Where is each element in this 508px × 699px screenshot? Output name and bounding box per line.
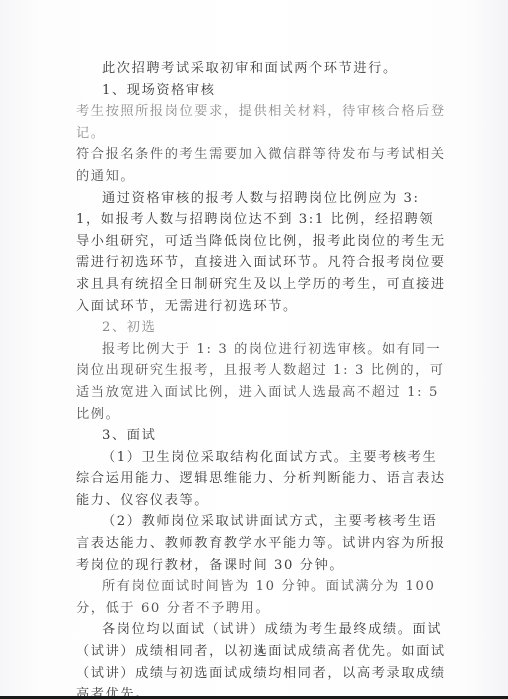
paragraph-teacher-interview: （2）教师岗位采取试讲面试方式，主要考核考生语言表达能力、教师教育教学水平能力等… xyxy=(76,511,448,576)
document-body: 此次招聘考试采取初审和面试两个环节进行。 1、现场资格审核 考生按照所报岗位要求… xyxy=(76,58,448,699)
paragraph-final-score: 各岗位均以面试（试讲）成绩为考生最终成绩。面试（试讲）成绩相同者，以初选面试成绩… xyxy=(76,619,448,699)
section-heading-preliminary: 2、初选 xyxy=(76,317,448,339)
paragraph-preliminary-rules: 报考比例大于 1: 3 的岗位进行初选审核。如有同一岗位出现研究生报考，且报考人… xyxy=(76,339,448,425)
paragraph-materials: 考生按照所报岗位要求，提供相关材料，待审核合格后登记。 xyxy=(76,101,448,144)
paragraph-ratio-rules: 通过资格审核的报考人数与招聘岗位比例应为 3: 1，如报考人数与招聘岗位达不到 … xyxy=(76,188,448,318)
section-heading-interview: 3、面试 xyxy=(76,425,448,447)
paragraph-interview-time: 所有岗位面试时间皆为 10 分钟。面试满分为 100 分，低于 60 分者不予聘… xyxy=(76,576,448,619)
section-heading-qualification-review: 1、现场资格审核 xyxy=(76,80,448,102)
paragraph-wechat-group: 符合报名条件的考生需要加入微信群等待发布与考试相关的通知。 xyxy=(76,144,448,187)
document-page: 此次招聘考试采取初审和面试两个环节进行。 1、现场资格审核 考生按照所报岗位要求… xyxy=(0,0,508,696)
page-number: 4 xyxy=(258,646,263,655)
intro-paragraph: 此次招聘考试采取初审和面试两个环节进行。 xyxy=(76,58,448,80)
paragraph-health-interview: （1）卫生岗位采取结构化面试方式。主要考核考生综合运用能力、逻辑思维能力、分析判… xyxy=(76,447,448,512)
